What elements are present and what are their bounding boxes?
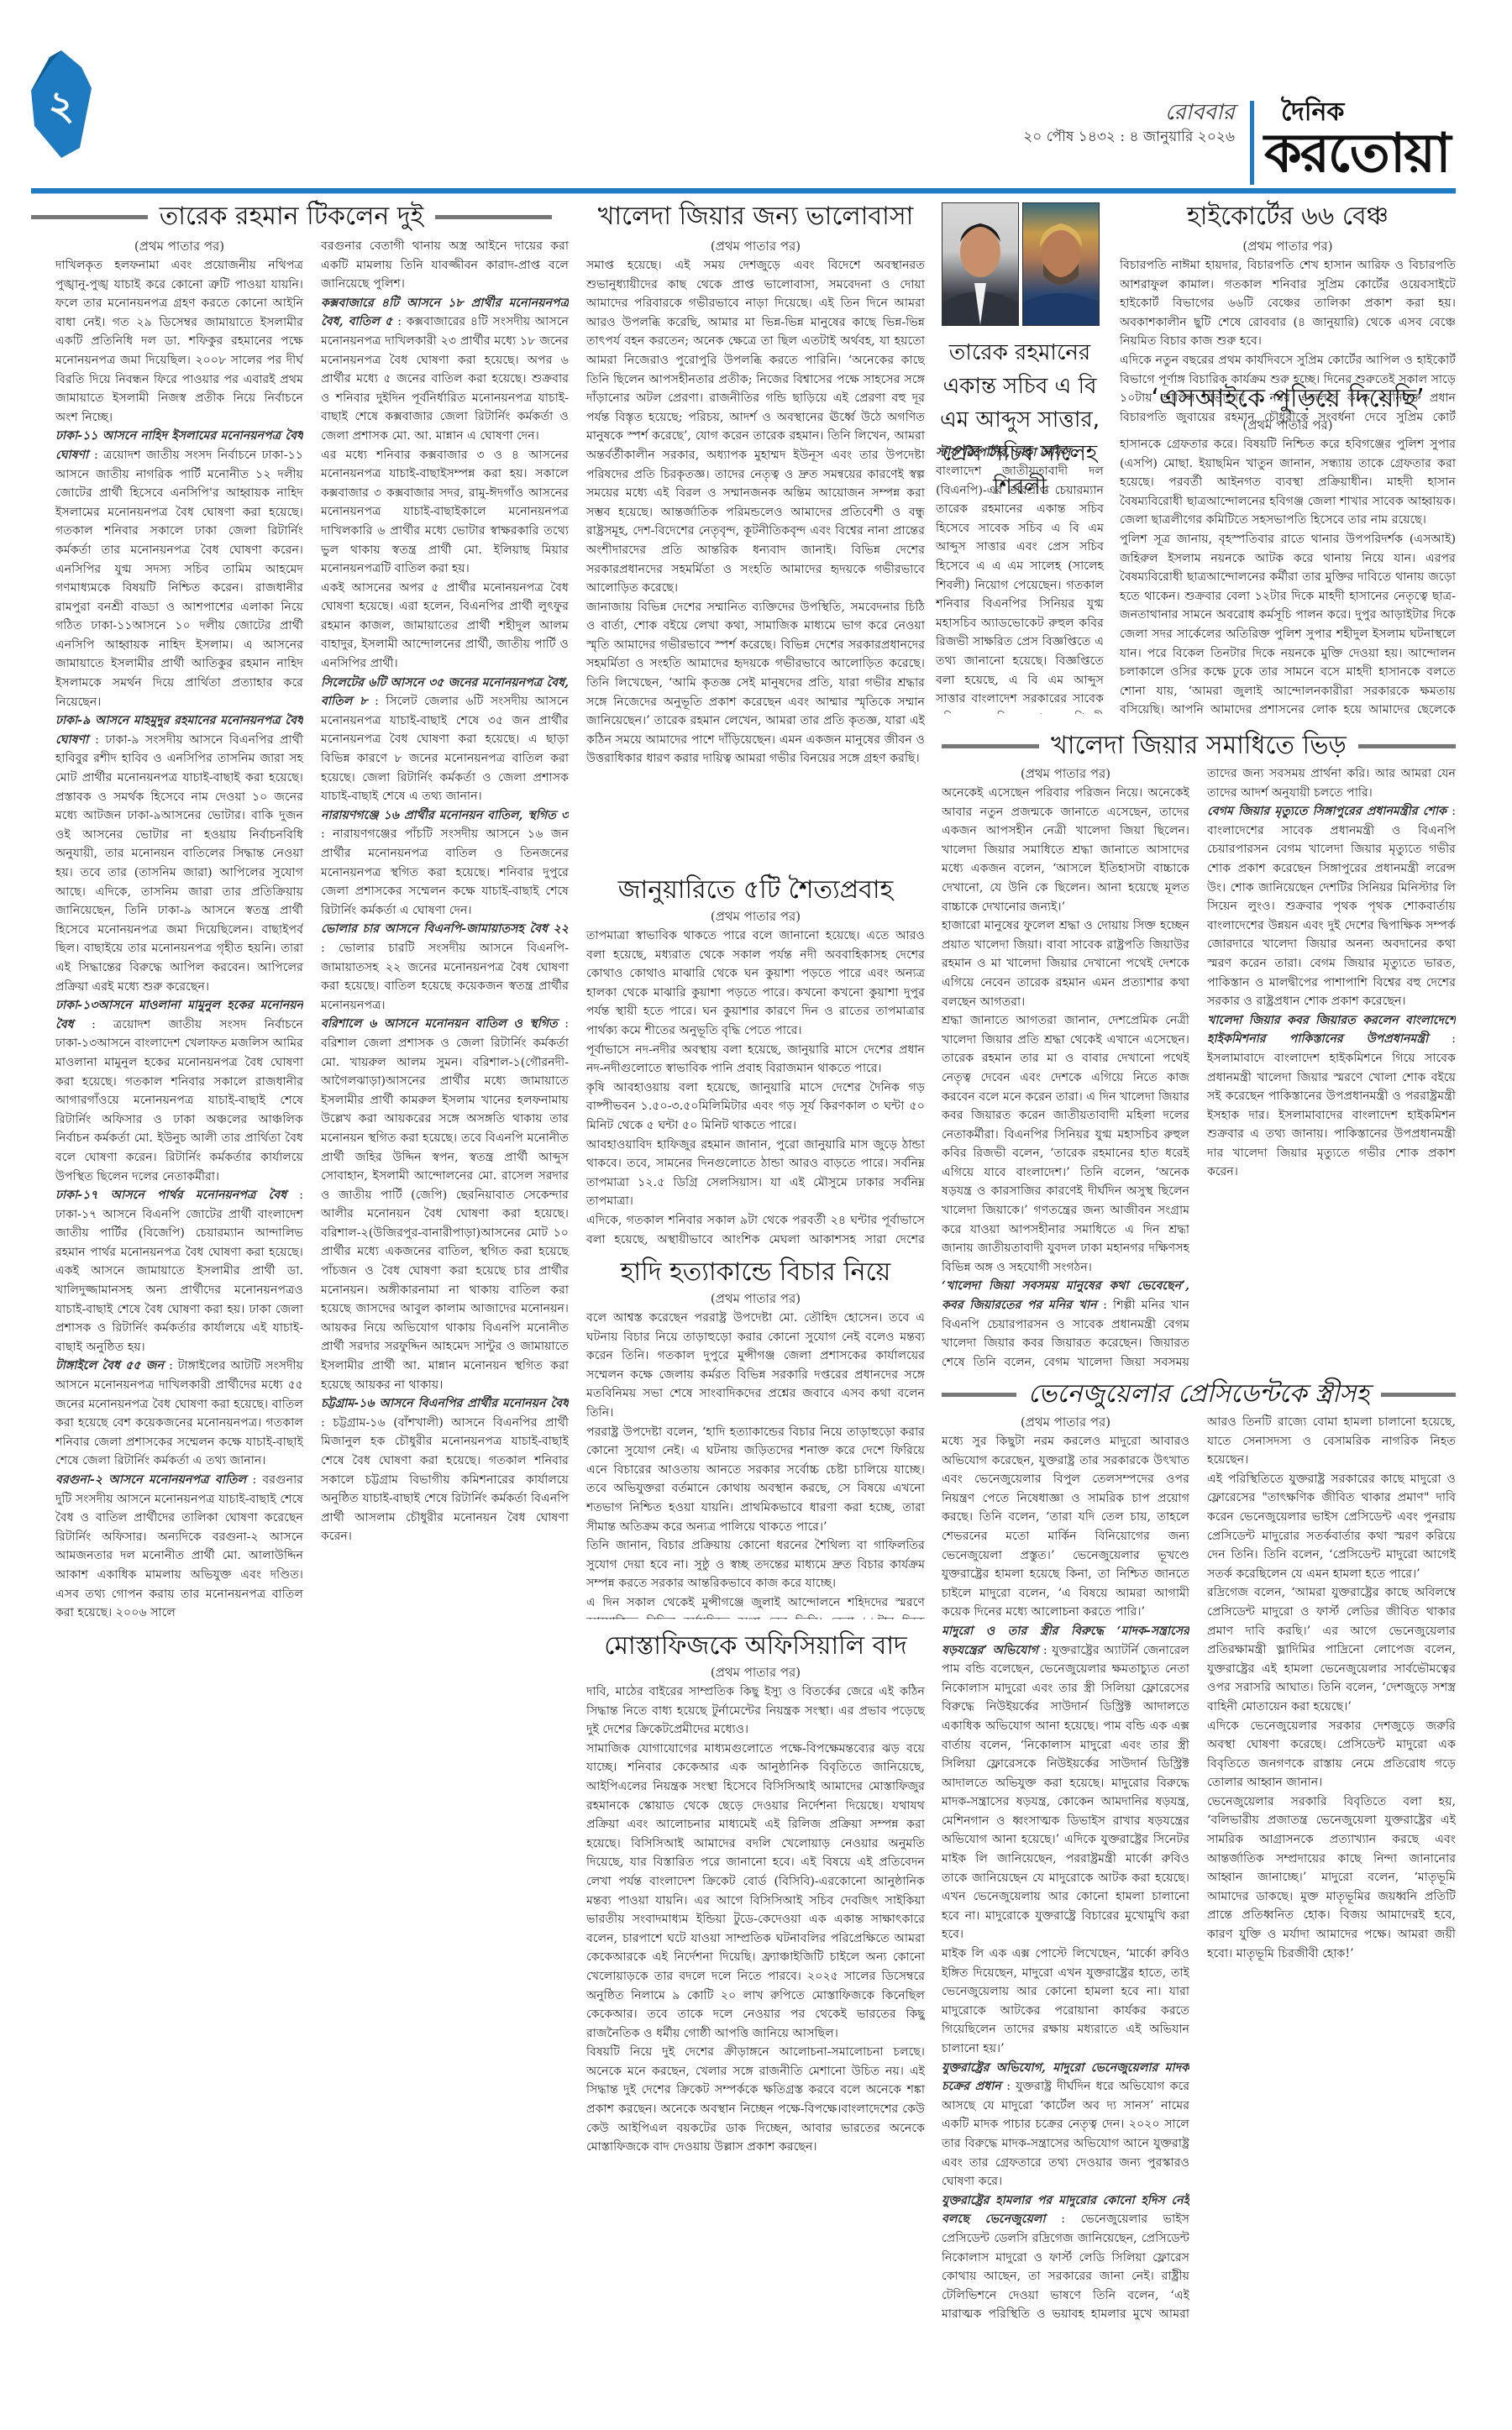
body-text: এই পরিস্থিতিতে যুক্তরাষ্ট্র সরকারের কাছে… [1207,1472,1456,1581]
subheading: বরগুনা-২ আসনে মনোনয়নপত্র বাতিল [55,1473,253,1487]
body-text: : বরিশাল জেলা প্রশাসক ও জেলা রিটার্নিং ক… [321,1017,569,1391]
paragraph: এদিকে, গতকাল শনিবার সকাল ৯টা থেকে পরবর্ত… [586,1211,925,1250]
headline[interactable]: তারেক রহমান টিকলেন দুই [160,200,424,234]
body-text: : ত্রয়োদশ জাতীয় সংসদ নির্বাচনে ঢাকা-১৩… [55,1018,303,1184]
paragraph: ‘খালেদা জিয়া সবসময় মানুষের কথা ভেবেছেন… [942,1277,1189,1372]
subheading: চট্টগ্রাম-১৬ আসনে বিএনপির প্রার্থীর মনোন… [321,1397,569,1410]
body-text: বরগুনার বেতাগী থানায় অস্ত্র আইনে দায়ের… [321,239,569,291]
mustafiz-headline[interactable]: মোস্তাফিজকে অফিসিয়ালি বাদ [586,1630,925,1663]
body-text: অনেকেই এসেছেন পরিবার পরিজন নিয়ে। অনেকেই… [942,786,1189,914]
headline-rule [31,215,148,219]
continued-label: (প্রথম পাতার পর) [55,237,303,255]
date-block: রোববার ২০ পৌষ ১৪৩২ : ৪ জানুয়ারি ২০২৬ [983,99,1235,148]
headline-rule [942,744,1039,748]
paragraph: তাদের জন্য সবসময় প্রার্থনা করি। আর আমরা… [1207,764,1456,802]
hadi-headline[interactable]: হাদি হত্যাকান্ডে বিচার নিয়ে [586,1256,925,1289]
khaleda-grave-column-2: তাদের জন্য সবসময় প্রার্থনা করি। আর আমরা… [1207,764,1456,1372]
body-text: হাজারো মানুষের ফুলেল শ্রদ্ধা ও দোয়ায় স… [942,919,1189,1008]
paragraph: এর মধ্যে শনিবার কক্সবাজার ৩ ও ৪ আসনের মন… [321,446,569,579]
masthead-logo[interactable]: দৈনিক করতোয়া [1264,99,1462,181]
continued-label: (প্রথম পাতার পর) [586,1663,925,1682]
sattar-byline: স্টাফ রিপোর্টার, ঢাকা অফিস : [936,443,1104,462]
paragraph: কক্সবাজারে ৪টি আসনে ১৮ প্রার্থীর মনোনয়ন… [321,294,569,446]
paragraph: আবহাওয়াবিদ হাফিজুর রহমান জানান, পুরো জা… [586,1136,925,1211]
body-text: তাদের জন্য সবসময় প্রার্থনা করি। আর আমরা… [1207,767,1456,800]
tarek-headline-block: তারেক রহমান টিকলেন দুই [31,200,552,234]
paragraph: বলে আশ্বস্ত করেছেন পররাষ্ট্র উপদেষ্টা মো… [586,1309,925,1423]
subheading: ঢাকা-১৭ আসনে পার্থর মনোনয়নপত্র বৈধ [55,1189,299,1202]
paragraph: ভোলার চার আসনে বিএনপি-জামায়াতসহ বৈধ ২২ … [321,920,569,1015]
paragraph: ঢাকা-১৩আসনে মাওলানা মামুনুল হকের মনোনয়ন… [55,996,303,1186]
paragraph: নারায়ণগঞ্জে ১৬ প্রার্থীর মনোনয়ন বাতিল,… [321,806,569,921]
venezuela-column-1: মধ্যে সুর কিছুটা নরম করলেও মাদুরো আবারও … [942,1432,1189,2322]
sattar-body: বাংলাদেশ জাতীয়তাবাদী দল (বিএনপি)-এর ভার… [936,462,1104,714]
mustafiz-body: দাবি, মাঠের বাইরের সাম্প্রতিক কিছু ইস্যু… [586,1682,925,2325]
paragraph: যুক্তরাষ্ট্রের হামলার পর মাদুরোর কোনো হদ… [942,2191,1189,2322]
masthead-divider [1250,101,1254,185]
person-portrait-icon [942,203,1018,325]
body-text: দাখিলকৃত হলফনামা এবং প্রয়োজনীয় নথিপত্র… [55,259,303,424]
paragraph: এ দিন সকাল থেকেই মুন্সীগঞ্জে জুলাই আন্দো… [586,1593,925,1619]
body-text: : সিলেট জেলার ৬টি সংসদীয় আসনে মনোনয়নপত… [321,695,569,803]
paragraph: এদিকে ভেনেজুয়েলার সরকার দেশজুড়ে জরুরি … [1207,1717,1456,1792]
body-text: : বাংলাদেশের সাবেক প্রধানমন্ত্রী ও বিএনপ… [1207,805,1456,1008]
header-rule [31,188,1456,194]
paragraph: চট্টগ্রাম-১৬ আসনে বিএনপির প্রার্থীর মনোন… [321,1394,569,1546]
venezuela-headline-block: ভেনেজুয়েলার প্রেসিডেন্টকে স্ত্রীসহ [942,1378,1456,1411]
paragraph: পুলিশ সূত্র জানায়, বৃহস্পতিবার রাতে থান… [1120,530,1456,716]
body-text: : ঢাকা-১৭ আসনে বিএনপি জোটের প্রার্থী বাং… [55,1189,303,1354]
paragraph: দাখিলকৃত হলফনামা এবং প্রয়োজনীয় নথিপত্র… [55,256,303,427]
body-text: : ঢাকা-৯ সংসদীয় আসনে বিএনপির প্রার্থী হ… [55,733,303,994]
tarek-column-1: দাখিলকৃত হলফনামা এবং প্রয়োজনীয় নথিপত্র… [55,256,303,2322]
paragraph: খালেদা জিয়ার কবর জিয়ারত করলেন বাংলাদেশ… [1207,1011,1456,1182]
body-text: : কক্সবাজারের ৪টি সংসদীয় আসনে মনোনয়নপত… [321,315,569,443]
paragraph: বরগুনা-২ আসনে মনোনয়নপত্র বাতিল : বরগুনা… [55,1471,303,1623]
headline-rule [435,215,552,219]
continued-label: (প্রথম পাতার পর) [586,907,925,926]
continued-label: (প্রথম পাতার পর) [942,1413,1189,1431]
body-text: : চট্টগ্রাম-১৬ (বাঁশখালী) আসনে বিএনপির প… [321,1416,569,1544]
khaleda-grave-column-1: অনেকেই এসেছেন পরিবার পরিজন নিয়ে। অনেকেই… [942,784,1189,1372]
headline-rule [1358,744,1456,748]
paragraph: অনেকেই এসেছেন পরিবার পরিজন নিয়ে। অনেকেই… [942,784,1189,916]
paragraph: হাজারো মানুষের ফুলেল শ্রদ্ধা ও দোয়ায় স… [942,916,1189,1011]
paragraph: বেগম জিয়ার মৃত্যুতে সিঙ্গাপুরের প্রধানম… [1207,802,1456,1011]
headline[interactable]: ভেনেজুয়েলার প্রেসিডেন্টকে স্ত্রীসহ [1028,1378,1369,1411]
hadi-body: বলে আশ্বস্ত করেছেন পররাষ্ট্র উপদেষ্টা মো… [586,1309,925,1619]
body-text: : ভোলার চারটি সংসদীয় আসনে বিএনপি-জামায়… [321,942,569,1012]
winter-body: তাপমাত্রা স্বাভাবিক থাকতে পারে বলে জানান… [586,926,925,1250]
headline[interactable]: খালেদা জিয়ার সমাধিতে ভিড় [1051,729,1347,763]
body-text: রদ্রিগেজ বলেন, ‘আমরা যুক্তরাষ্ট্রের কাছে… [1207,1586,1456,1714]
paragraph: ভেনেজুয়েলার সরকারি বিবৃতিতে বলা হয়, ‘ব… [1207,1792,1456,1963]
body-text: মধ্যে সুর কিছুটা নরম করলেও মাদুরো আবারও … [942,1435,1189,1619]
continued-label: (প্রথম পাতার পর) [942,764,1189,783]
continued-label: (প্রথম পাতার পর) [1120,237,1456,255]
subheading: টাঙ্গাইলে বৈধ ৫৫ জন [55,1359,169,1372]
khaleda-love-body: সমাপ্ত হয়েছে। এই সময় দেশজুড়ে এবং বিদে… [586,256,925,865]
venezuela-column-2: আরও তিনটি রাজ্যে বোমা হামলা চালানো হয়েছ… [1207,1413,1456,2322]
body-text: : বরগুনার দুটি সংসদীয় আসনে মনোনয়নপত্র … [55,1473,303,1619]
subheading: খালেদা জিয়ার কবর জিয়ারত করলেন বাংলাদেশ… [1207,1014,1456,1047]
body-text: : যুক্তরাষ্ট্রের অ্যাটর্নি জেনারেল পাম ব… [942,1644,1189,1942]
subheading: ভোলার চার আসনে বিএনপি-জামায়াতসহ বৈধ ২২ [321,922,569,936]
paragraph: কৃষি আবহাওয়ায় বলা হয়েছে, জানুয়ারি মা… [586,1079,925,1136]
body-text: : ভেনেজুয়েলার ভাইস প্রেসিডেন্ট ডেলসি রদ… [942,2212,1189,2322]
person-portrait-icon [1023,203,1099,325]
paragraph: তিনি জানান, বিচার প্রক্রিয়ায় কোনো ধরনে… [586,1536,925,1593]
paragraph: সামাজিক যোগাযোগের মাধ্যমগুলোতে পক্ষে-বিপ… [586,1740,925,2044]
paragraph: ঢাকা-১৭ আসনে পার্থর মনোনয়নপত্র বৈধ : ঢা… [55,1186,303,1357]
portrait-photo-saleh-shibli[interactable] [1022,202,1100,326]
paragraph: পররাষ্ট্র উপদেষ্টা বলেন, ‘হাদি হত্যাকান্… [586,1423,925,1537]
portrait-photo-abdus-sattar[interactable] [942,202,1019,326]
body-text: : ত্রয়োদশ জাতীয় সংসদ নির্বাচনে ঢাকা-১১… [55,449,303,709]
paragraph: বাংলাদেশ জাতীয়তাবাদী দল (বিএনপি)-এর ভার… [936,462,1104,714]
continued-label: (প্রথম পাতার পর) [586,1289,925,1308]
paragraph: একই আসনের অপর ৫ প্রার্থীর মনোনয়নপত্র বৈ… [321,579,569,674]
continued-label: (প্রথম পাতার পর) [586,237,925,255]
subheading: বরিশালে ৬ আসনে মনোনয়ন বাতিল ও স্থগিত [321,1017,564,1031]
body-text: : যুক্তরাষ্ট্র দীর্ঘদিন ধরে অভিযোগ করে আ… [942,2080,1189,2188]
body-text: এদিকে ভেনেজুয়েলার সরকার দেশজুড়ে জরুরি … [1207,1719,1456,1790]
body-text: মাইক লি এক এক্স পোস্টে লিখেছেন, ‘মার্কো … [942,1947,1189,2055]
paragraph: জানাজায় বিভিন্ন দেশের সম্মানিত ব্যক্তিদ… [586,598,925,769]
winter-headline[interactable]: জানুয়ারিতে ৫টি শৈত্যপ্রবাহ [586,874,925,907]
body-text: আরও তিনটি রাজ্যে বোমা হামলা চালানো হয়েছ… [1207,1415,1456,1467]
continued-label: (প্রথম পাতার পর) [1120,416,1456,434]
masthead-title: করতোয়া [1264,126,1462,181]
paragraph: হাসানকে গ্রেফতার করে। বিষয়টি নিশ্চিত কর… [1120,435,1456,530]
publication-date: ২০ পৌষ ১৪৩২ : ৪ জানুয়ারি ২০২৬ [983,126,1235,148]
body-text: শ্রদ্ধা জানাতে আগতরা জানান, দেশপ্রেমিক ন… [942,1014,1189,1274]
body-text: : টাঙ্গাইলের আটটি সংসদীয় আসনে মনোনয়নপত… [55,1359,303,1467]
headline-rule [1381,1393,1456,1397]
paragraph: যুক্তরাষ্ট্রের অভিযোগ, মাদুরো ভেনেজুয়েল… [942,2059,1189,2191]
khaleda-love-headline[interactable]: খালেদা জিয়ার জন্য ভালোবাসা [586,200,925,234]
subheading: বেগম জিয়ার মৃত্যুতে সিঙ্গাপুরের প্রধানম… [1207,805,1452,818]
headline-rule [942,1393,1016,1397]
byline: স্টাফ রিপোর্টার, ঢাকা অফিস : [936,446,1079,459]
body-text: এর মধ্যে শনিবার কক্সবাজার ৩ ও ৪ আসনের মন… [321,449,569,576]
paragraph: পূর্বাভাসে নদ-নদীর অবস্থায় বলা হয়েছে, … [586,1041,925,1079]
paragraph: বরগুনার বেতাগী থানায় অস্ত্র আইনে দায়ের… [321,237,569,294]
si-burned-headline[interactable]: ‘এসআইকে পুড়িয়ে দিয়েছি’ [1120,382,1456,416]
page-number-badge: ২ [31,50,92,158]
paragraph: বিষয়টি নিয়ে দুই দেশের ক্রীড়াঙ্গনে আলো… [586,2043,925,2157]
body-text: একই আসনের অপর ৫ প্রার্থীর মনোনয়নপত্র বৈ… [321,581,569,670]
paragraph: সমাপ্ত হয়েছে। এই সময় দেশজুড়ে এবং বিদে… [586,256,925,598]
body-text: : নারায়ণগঞ্জের পাঁচটি সংসদীয় আসনে ১৬ জ… [321,827,569,916]
paragraph: টাঙ্গাইলে বৈধ ৫৫ জন : টাঙ্গাইলের আটটি সং… [55,1357,303,1471]
paragraph: দাবি, মাঠের বাইরের সাম্প্রতিক কিছু ইস্যু… [586,1682,925,1740]
highcourt-headline[interactable]: হাইকোর্টের ৬৬ বেঞ্চ [1120,200,1456,234]
tarek-column-2: বরগুনার বেতাগী থানায় অস্ত্র আইনে দায়ের… [321,237,569,2322]
body-text: ভেনেজুয়েলার সরকারি বিবৃতিতে বলা হয়, ‘ব… [1207,1795,1456,1960]
body-text: : ইসলামাবাদে বাংলাদেশ হাইকমিশনে গিয়ে সা… [1207,1032,1456,1178]
weekday: রোববার [983,99,1235,126]
paragraph: তাপমাত্রা স্বাভাবিক থাকতে পারে বলে জানান… [586,926,925,1041]
paragraph: আরও তিনটি রাজ্যে বোমা হামলা চালানো হয়েছ… [1207,1413,1456,1470]
paragraph: এই পরিস্থিতিতে যুক্তরাষ্ট্র সরকারের কাছে… [1207,1470,1456,1584]
paragraph: মাদুরো ও তার স্ত্রীর বিরুদ্ধে ‘মাদক-সন্ত… [942,1622,1189,1945]
page-number: ২ [39,76,83,142]
paragraph: ঢাকা-১১ আসনে নাহিদ ইসলামের মনোনয়নপত্র ব… [55,427,303,711]
paragraph: মাইক লি এক এক্স পোস্টে লিখেছেন, ‘মার্কো … [942,1945,1189,2059]
paragraph: বরিশালে ৬ আসনে মনোনয়ন বাতিল ও স্থগিত : … [321,1015,569,1394]
paragraph: সিলেটের ৬টি আসনে ৩৫ জনের মনোনয়নপত্র বৈধ… [321,674,569,806]
paragraph: ঢাকা-৯ আসনে মাহমুদুর রহমানের মনোনয়নপত্র… [55,711,303,996]
paragraph: শ্রদ্ধা জানাতে আগতরা জানান, দেশপ্রেমিক ন… [942,1011,1189,1277]
subheading: নারায়ণগঞ্জে ১৬ প্রার্থীর মনোনয়ন বাতিল,… [321,809,569,822]
si-burned-body: হাসানকে গ্রেফতার করে। বিষয়টি নিশ্চিত কর… [1120,435,1456,716]
paragraph: মধ্যে সুর কিছুটা নরম করলেও মাদুরো আবারও … [942,1432,1189,1622]
paragraph: বিচারপতি নাঈমা হায়দার, বিচারপতি শেখ হাস… [1120,256,1456,351]
paragraph: রদ্রিগেজ বলেন, ‘আমরা যুক্তরাষ্ট্রের কাছে… [1207,1583,1456,1716]
khaleda-grave-headline-block: খালেদা জিয়ার সমাধিতে ভিড় [942,729,1456,763]
